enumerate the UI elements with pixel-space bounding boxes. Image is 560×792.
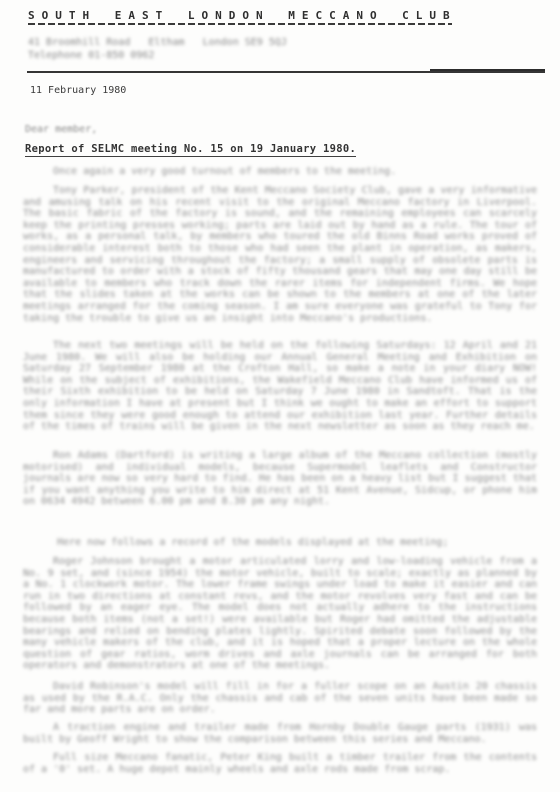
letterhead-divider-rule xyxy=(27,71,545,73)
intro-line-blurred: Once again a very good turnout of member… xyxy=(23,166,537,178)
paragraph-chassis-model-blurred: David Robinson's model will fill in for … xyxy=(23,681,537,716)
paragraph-model-lorry-blurred: Roger Johnson brought a motor articulate… xyxy=(23,556,537,673)
models-record-line-blurred: Here now follows a record of the models … xyxy=(23,537,537,549)
paragraph-timber-trailer-blurred: Full size Meccano fanatic, Peter King bu… xyxy=(23,752,537,776)
paragraph-album-blurred: Ron Adams (Dartford) is writing a large … xyxy=(23,450,537,509)
letterhead-divider-rule-overlap xyxy=(430,69,545,71)
paragraph-talk-report-blurred: Tony Parker, president of the Kent Mecca… xyxy=(23,185,537,336)
club-name-dashed-underline xyxy=(28,23,452,25)
address-line-2: Telephone 01-850 0962 xyxy=(28,50,154,61)
scanned-letter-page: { "letterhead": { "club_name": "SOUTH EA… xyxy=(0,0,560,792)
club-address-blurred: 41 Broomhill Road Eltham London SE9 5QJT… xyxy=(28,36,328,62)
address-line-1: 41 Broomhill Road Eltham London SE9 5QJ xyxy=(28,37,287,48)
paragraph-traction-engine-blurred: A traction engine and trailer made from … xyxy=(23,722,537,746)
salutation-blurred: Dear member, xyxy=(25,124,97,135)
letter-date: 11 February 1980 xyxy=(30,85,126,96)
report-heading: Report of SELMC meeting No. 15 on 19 Jan… xyxy=(25,143,356,157)
club-name-title: SOUTH EAST LONDON MECCANO CLUB xyxy=(28,9,457,22)
paragraph-next-meetings-blurred: The next two meetings will be held on th… xyxy=(23,340,537,445)
